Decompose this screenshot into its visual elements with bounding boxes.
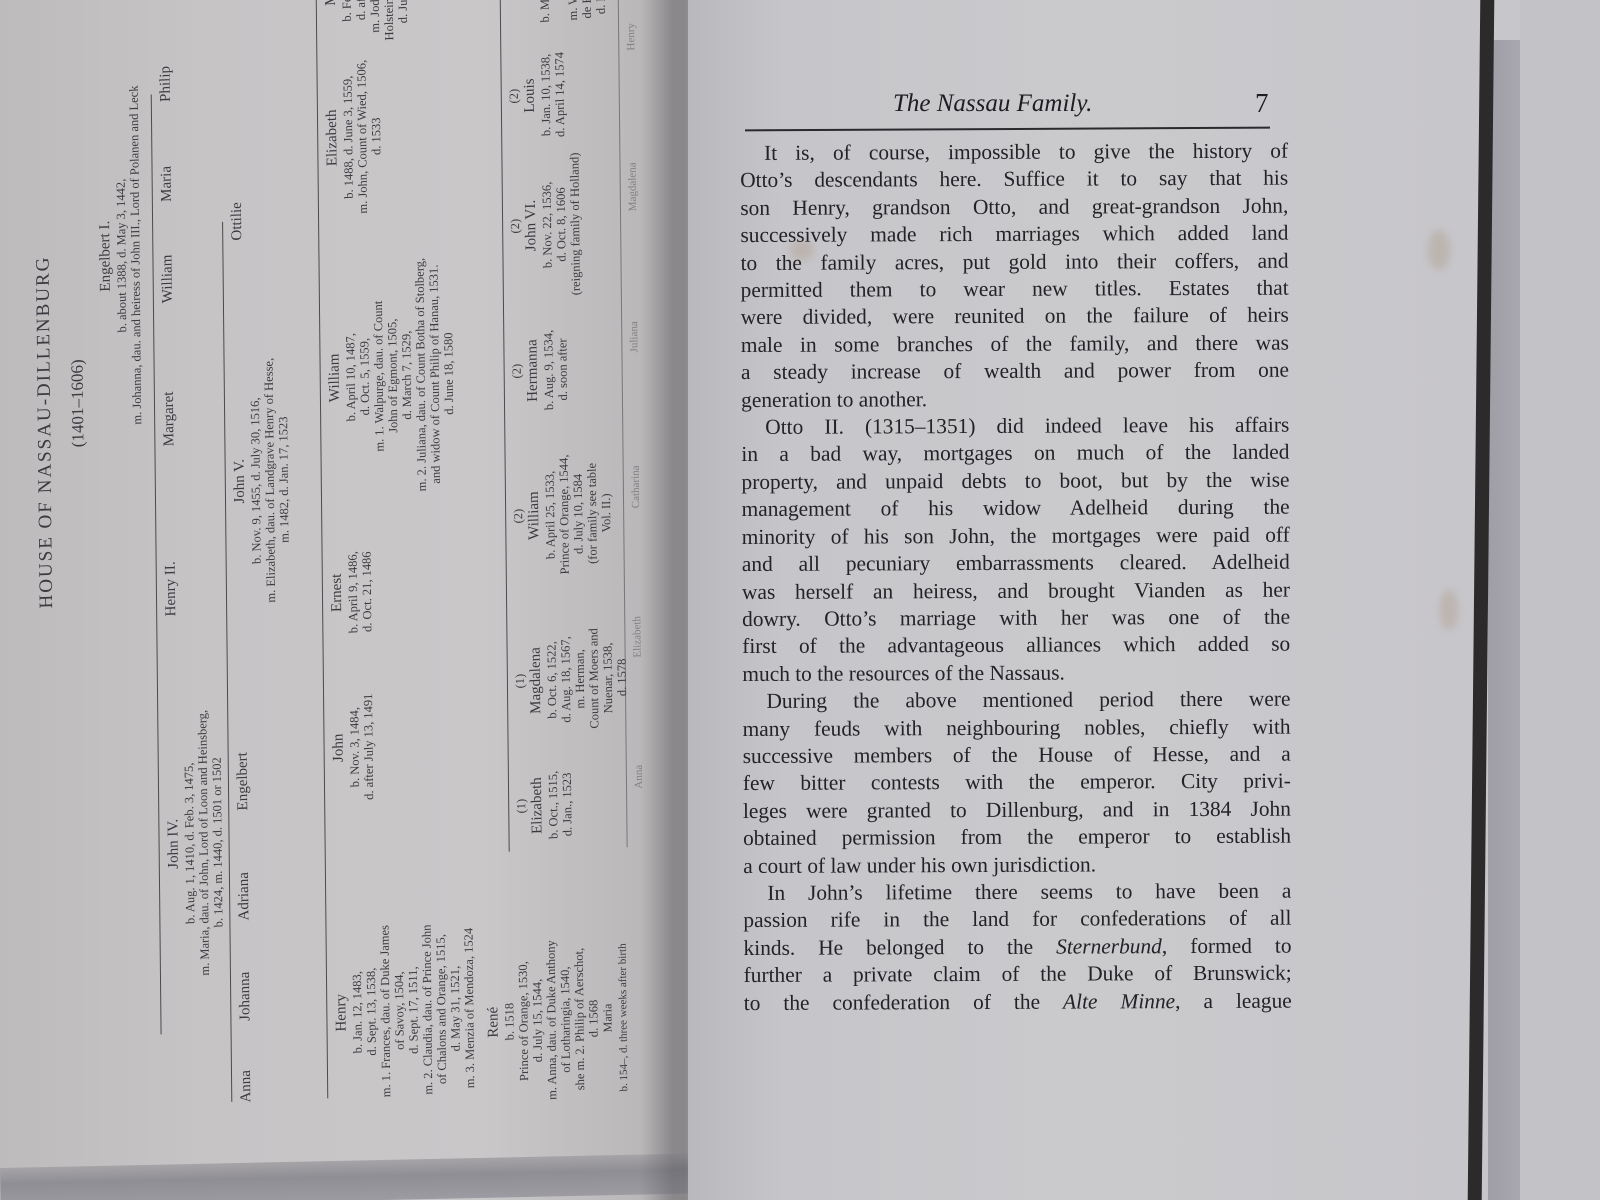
italic-term: Sternerbund <box>1056 934 1162 958</box>
node-faint-henry: Henry <box>624 0 639 77</box>
table-surface <box>1520 0 1600 1200</box>
chart-period: (1401–1606) <box>68 359 89 448</box>
node-john-vi: (2) John VI. b. Nov. 22, 1536, d. Oct. 8… <box>507 149 583 302</box>
node-henry-ii: Henry II. <box>161 544 180 635</box>
node-rene: René b. 1518 Prince of Orange, 1530, d. … <box>483 888 602 1152</box>
node-elizabeth-gen4: Elizabeth b. 1488, d. June 3, 1559, m. J… <box>322 46 384 228</box>
node-louis: (2) Louis b. Jan. 10, 1538, d. April 14,… <box>506 39 567 151</box>
node-william-gen4: William b. April 10, 1487, d. Oct. 5, 15… <box>324 223 457 528</box>
genealogy-chart: HOUSE OF NASSAU-DILLENBURG (1401–1606) E… <box>0 0 690 1170</box>
running-head: The Nassau Family. <box>893 90 1092 118</box>
chart-title: HOUSE OF NASSAU-DILLENBURG <box>32 255 58 609</box>
node-ottilie: Ottilie <box>228 181 247 262</box>
body-text: It is, of course, impossible to give the… <box>740 138 1292 1017</box>
paper-stain <box>1440 590 1458 630</box>
node-margaret: Margaret <box>160 374 179 465</box>
node-adriana: Adriana <box>235 851 254 942</box>
node-hermanna: (2) Hermanna b. Aug. 9, 1534, d. soon af… <box>509 309 570 431</box>
node-maria-infant: Maria b. 154–, d. three weeks after birt… <box>597 887 632 1148</box>
node-john-v: John V. b. Nov. 9, 1455, d. July 30, 151… <box>229 269 293 691</box>
paragraph-4: In John’s lifetime there seems to have b… <box>743 878 1292 1017</box>
line-with-italic: kinds. He belonged to the Sternerbund, f… <box>743 932 1291 962</box>
left-page: HOUSE OF NASSAU-DILLENBURG (1401–1606) E… <box>0 0 690 1200</box>
book-photo: HOUSE OF NASSAU-DILLENBURG (1401–1606) E… <box>0 0 1600 1200</box>
paragraph-1: It is, of course, impossible to give the… <box>740 138 1289 414</box>
paper-stain <box>1428 230 1450 270</box>
node-john: John b. Nov. 3, 1484, d. after July 13, … <box>329 666 377 828</box>
node-maria-gen4: Maria b. Feb., 1491, d. after 1542, m. J… <box>321 0 410 58</box>
node-henry: Henry b. Jan. 12, 1483, d. Sept. 13, 153… <box>331 883 478 1138</box>
node-faint-magdalena: Magdalena <box>625 147 640 228</box>
node-philip: Philip <box>156 44 175 125</box>
node-johanna: Johanna <box>236 951 255 1042</box>
node-maria: Maria <box>157 144 176 225</box>
node-engelbert: Engelbert <box>233 731 252 832</box>
node-anna: Anna <box>237 1051 256 1122</box>
cover-shadow <box>1488 40 1520 1200</box>
node-elizabeth-gen5: (1) Elizabeth b. Oct., 1515, d. Jan., 15… <box>514 759 575 851</box>
paragraph-2: Otto II. (1315–1351) did indeed leave hi… <box>741 412 1290 688</box>
node-william: William <box>158 234 177 325</box>
italic-term: Alte Minne <box>1063 989 1175 1013</box>
node-engelbert-i: Engelbert I. b. about 1388, d. May 3, 14… <box>93 0 146 607</box>
line-with-italic: to the confederation of the Alte Minne, … <box>744 987 1292 1017</box>
node-magdalena: (1) Magdalena b. Oct. 6, 1522, d. Aug. 1… <box>512 607 629 751</box>
node-maria-gen5: (2) Maria b. March 18, 1539, d. 1599, m.… <box>505 0 608 41</box>
paragraph-3: During the above mentioned period there … <box>742 686 1291 880</box>
node-ernest: Ernest b. April 9, 1486, d. Oct. 21, 148… <box>327 526 374 658</box>
page-number: 7 <box>1255 88 1269 119</box>
node-john-iv: John IV. b. Aug. 1, 1410, d. Feb. 3, 147… <box>163 662 227 1024</box>
node-william-of-orange: (2) William b. April 25, 1533, Prince of… <box>510 438 614 592</box>
